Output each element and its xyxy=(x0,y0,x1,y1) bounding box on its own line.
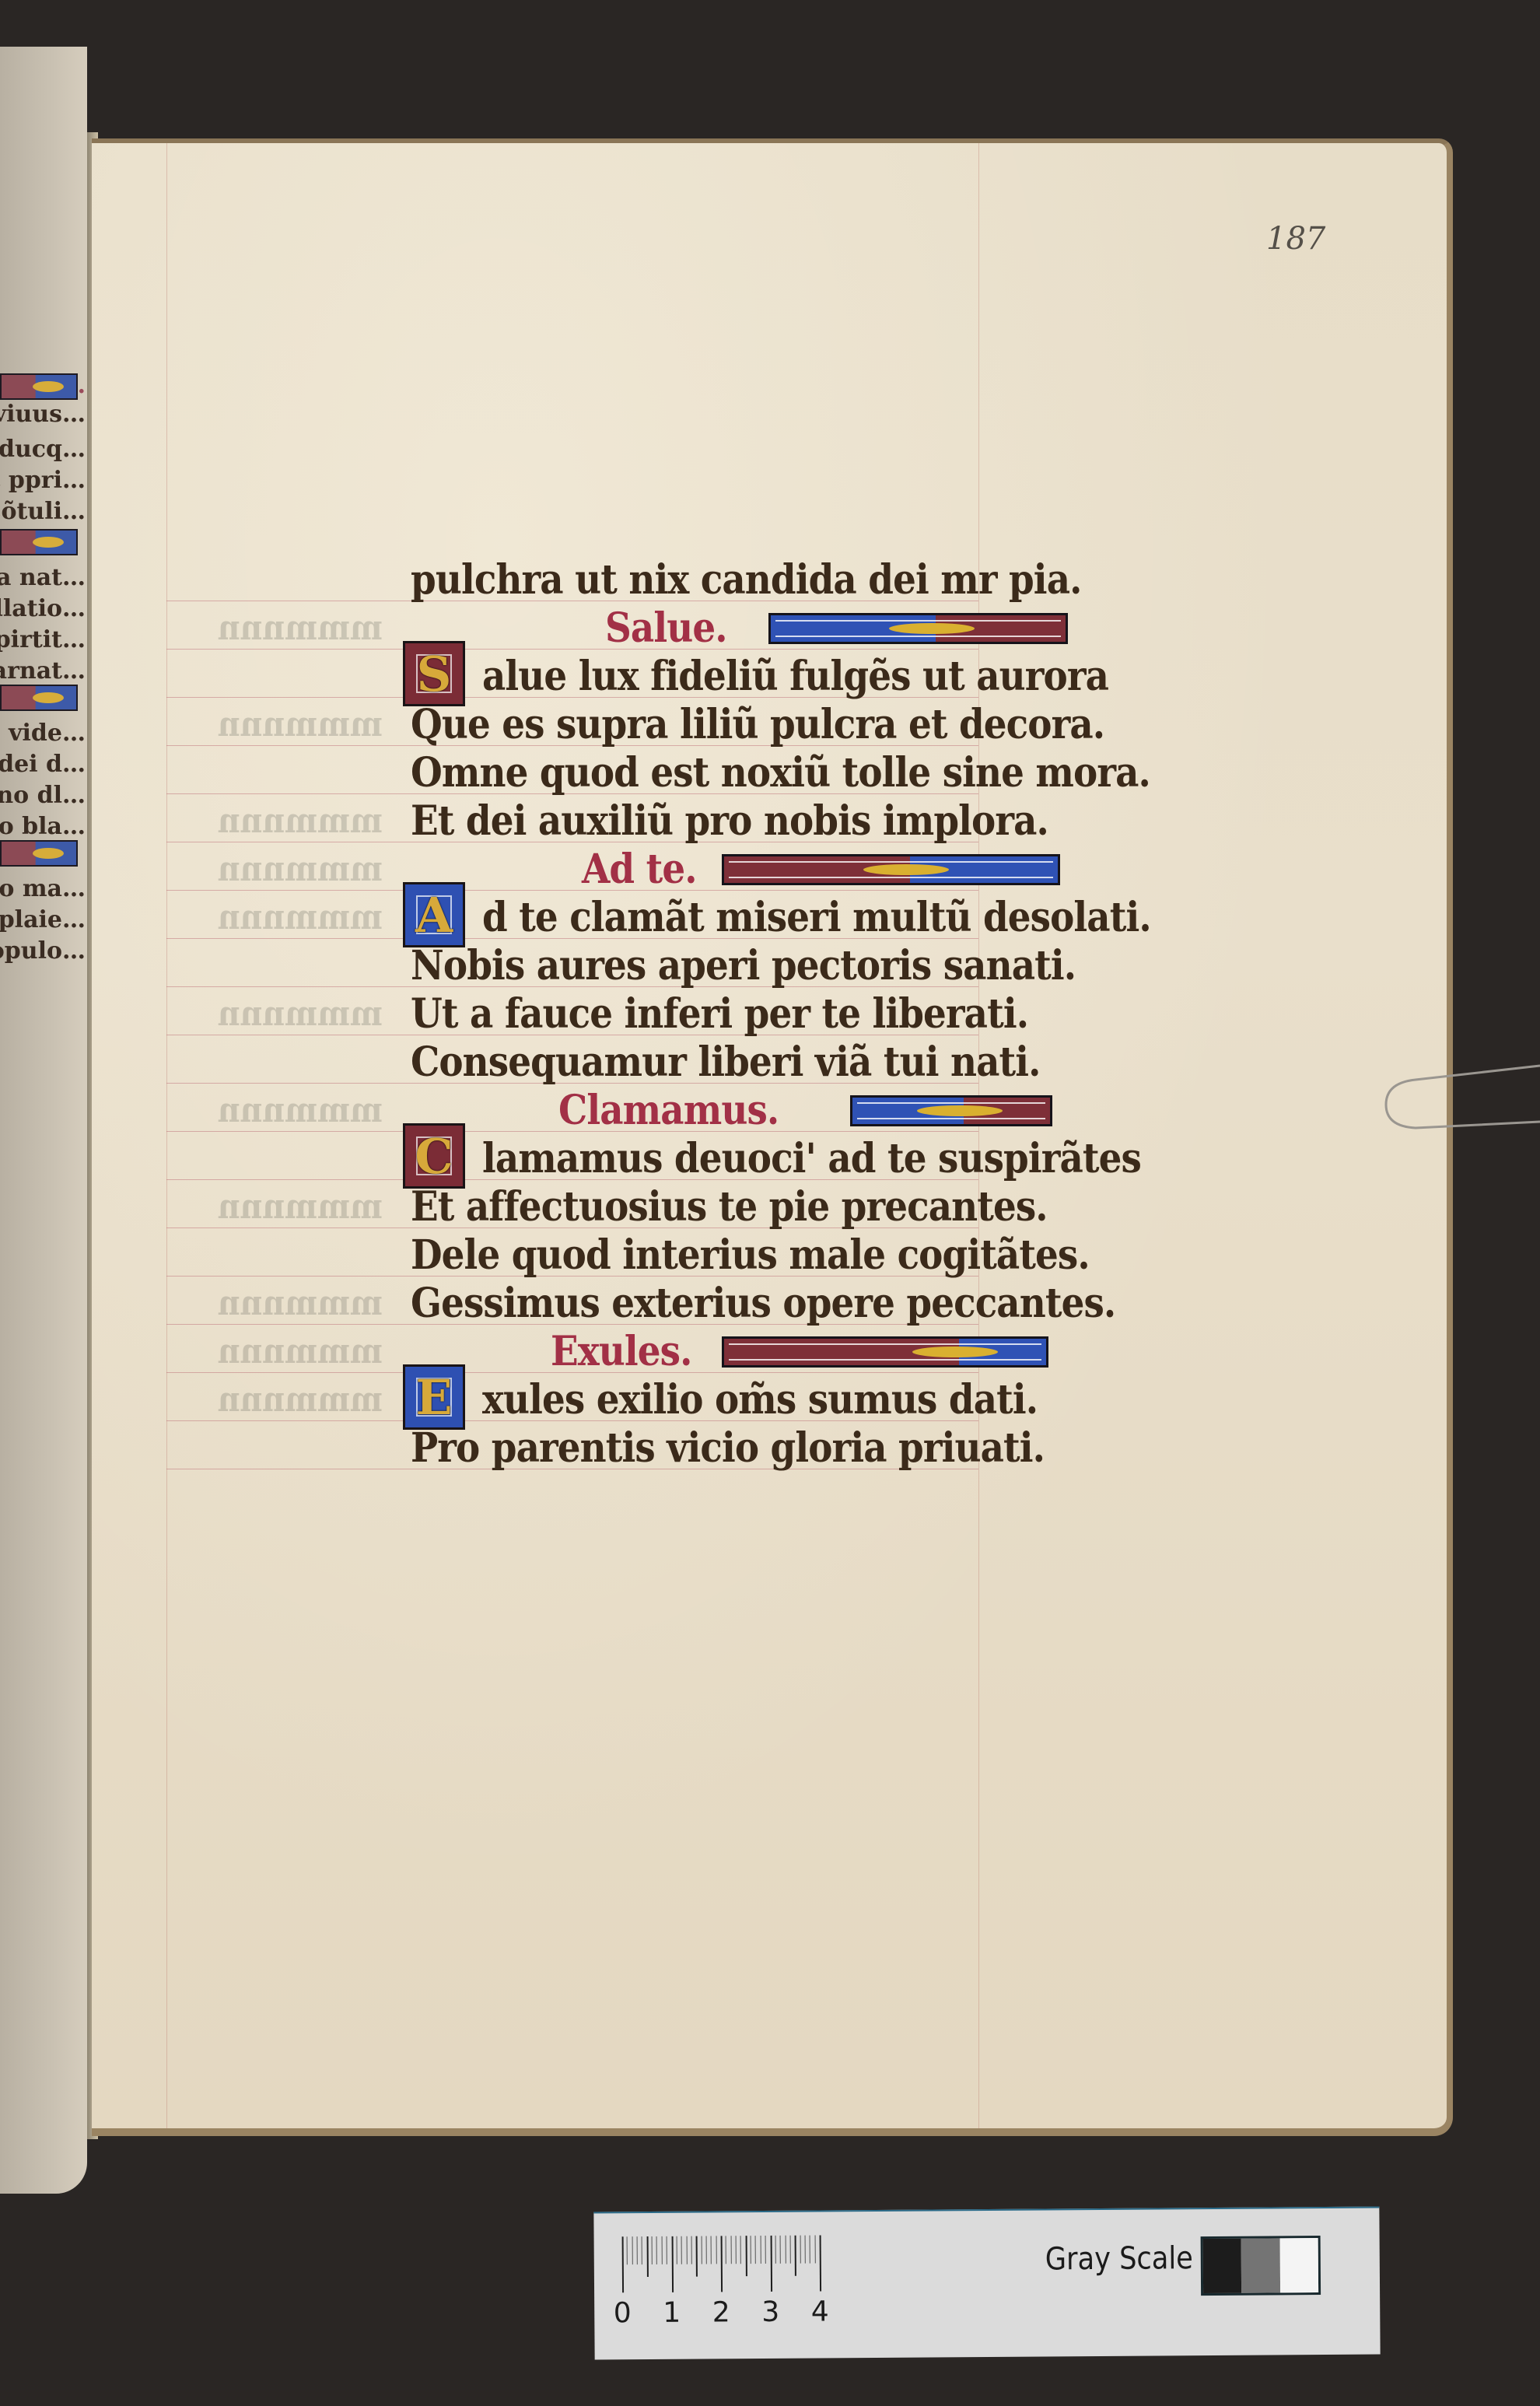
gray-swatch xyxy=(1241,2238,1280,2292)
ruler-tick xyxy=(814,2236,815,2264)
ruler-tick xyxy=(691,2236,691,2264)
text-line: Consequamur liberi viã tui nati. xyxy=(411,1038,1041,1087)
verso-text-line: …diat populo xyxy=(0,937,86,967)
verso-text-line: …uando cõtuli xyxy=(0,498,86,527)
show-through-text: mmmnnn xyxy=(218,994,383,1034)
decorative-line-filler xyxy=(722,854,1060,885)
gray-swatch xyxy=(1203,2239,1242,2293)
ruler-tick xyxy=(652,2236,653,2264)
verso-page-edge: …dir…dre dia viuus…quando ducq…qui post … xyxy=(0,47,87,2194)
show-through-text: mmmnnn xyxy=(218,1380,383,1420)
text-line: Ut a fauce inferi per te liberati. xyxy=(411,989,1028,1039)
verso-text-line: …ur in plaie xyxy=(0,906,86,936)
show-through-text: mmmnnn xyxy=(218,849,383,889)
ruler-tick xyxy=(736,2236,737,2264)
scale-card: 01234 Gray Scale xyxy=(593,2206,1380,2359)
ruler-label: 1 xyxy=(663,2297,681,2329)
ruler-tick xyxy=(765,2236,766,2264)
folio-number: 187 xyxy=(1266,221,1325,257)
text-line: Dele quod interius male cogitãtes. xyxy=(411,1231,1090,1280)
show-through-text: mmmnnn xyxy=(218,1187,383,1227)
illuminated-initial: C xyxy=(403,1123,465,1189)
ruler-tick xyxy=(696,2236,698,2277)
rubric-heading: Salue. xyxy=(605,604,727,653)
show-through-text: mmmnnn xyxy=(218,1284,383,1323)
text-line: Omne quod est noxiũ tolle sine mora. xyxy=(411,748,1150,798)
text-line: Et affectuosius te pie precantes. xyxy=(411,1182,1048,1232)
text-line: pulchra ut nix candida dei mr pia. xyxy=(411,555,1082,605)
ruler-tick xyxy=(701,2236,702,2264)
gray-swatch xyxy=(1279,2238,1318,2292)
text-line: Gessimus exterius opere peccantes. xyxy=(411,1279,1115,1329)
ruler-tick xyxy=(676,2236,677,2264)
verso-line-filler xyxy=(0,529,78,555)
ruler-tick xyxy=(780,2236,781,2264)
verso-text-line: …dre dia viuus xyxy=(0,401,86,430)
show-through-text: mmmnnn xyxy=(218,608,383,648)
rubric-heading: Ad te. xyxy=(582,845,697,895)
ruler-tick xyxy=(751,2236,751,2264)
ruler-label: 4 xyxy=(811,2296,829,2327)
ruler-tick xyxy=(681,2236,682,2264)
show-through-text: mmmnnn xyxy=(218,898,383,937)
ruler-tick xyxy=(661,2236,662,2264)
verso-text-line: …us fruct' vide xyxy=(0,720,86,749)
show-through-text: mmmnnn xyxy=(218,705,383,744)
verso-text-line: …ums lpino dl xyxy=(0,782,86,811)
verso-text-line: …s est de terra nat xyxy=(0,564,86,594)
ruler-tick xyxy=(706,2236,707,2264)
rubric-heading: Exules. xyxy=(551,1327,692,1377)
recto-page: 187 mmmnnnmmmnnnmmmnnnmmmnnnmmmnnnmmmnnn… xyxy=(92,138,1453,2136)
ruler-tick xyxy=(646,2236,648,2277)
verso-line-filler xyxy=(0,373,78,400)
verso-text-line: …quando ducq xyxy=(0,436,86,465)
text-line: d te clamãt miseri multũ desolati. xyxy=(482,893,1151,943)
verso-line-filler xyxy=(0,840,78,867)
ruler-tick xyxy=(755,2236,756,2264)
ruler-tick xyxy=(711,2236,712,2264)
ruler-tick xyxy=(721,2236,723,2292)
verso-text-line: …s esset trino bla xyxy=(0,813,86,842)
verso-text-line: …as esset icarnat xyxy=(0,657,86,687)
ruler-tick xyxy=(667,2236,667,2264)
decorative-line-filler xyxy=(850,1095,1052,1126)
ruler-tick xyxy=(795,2236,796,2276)
text-line: Nobis aures aperi pectoris sanati. xyxy=(411,941,1076,991)
ruler-tick xyxy=(789,2236,790,2264)
ruler-tick xyxy=(632,2236,632,2264)
show-through-text: mmmnnn xyxy=(218,1332,383,1371)
ruler-label: 2 xyxy=(712,2296,730,2328)
ruler-tick xyxy=(671,2236,674,2292)
text-line: Que es supra liliũ pulcra et decora. xyxy=(411,700,1104,750)
ruler-tick xyxy=(770,2236,772,2292)
ruler-tick xyxy=(810,2236,810,2264)
verso-text-line: …s agnus dei d xyxy=(0,751,86,780)
ruler-label: 0 xyxy=(614,2297,632,2329)
ruler-tick xyxy=(726,2236,726,2264)
ruler-label: 3 xyxy=(761,2296,779,2328)
ruler-tick xyxy=(627,2236,628,2264)
ruling-line xyxy=(166,649,978,650)
verso-line-filler xyxy=(0,685,78,711)
illuminated-initial: A xyxy=(403,882,465,947)
ruler-tick xyxy=(800,2236,800,2264)
illuminated-initial: S xyxy=(403,641,465,706)
ruler-tick xyxy=(760,2236,761,2264)
ruler-tick xyxy=(686,2236,687,2264)
decorative-line-filler xyxy=(768,613,1068,644)
verso-text-line: …tas hic opirtit xyxy=(0,626,86,656)
ruler-tick xyxy=(775,2236,775,2264)
ruling-line xyxy=(166,890,978,891)
text-line: alue lux fideliũ fulgẽs ut aurora xyxy=(482,652,1108,702)
rubric-heading: Clamamus. xyxy=(558,1086,779,1136)
ruler-tick xyxy=(637,2236,638,2264)
gray-scale-swatches xyxy=(1201,2236,1321,2296)
verso-text-line: …qui post ppri xyxy=(0,467,86,496)
ruler-tick xyxy=(716,2236,716,2264)
ruler-tick xyxy=(622,2236,625,2292)
ruler-tick xyxy=(805,2236,806,2264)
ruler-tick xyxy=(642,2236,642,2264)
ruler-tick xyxy=(730,2236,731,2264)
illuminated-initial: E xyxy=(403,1364,465,1430)
ruler-tick xyxy=(740,2236,741,2264)
ruling-line xyxy=(166,143,167,2128)
ruler-tick xyxy=(656,2236,657,2264)
ruler-tick xyxy=(745,2236,747,2276)
show-through-text: mmmnnn xyxy=(218,801,383,841)
ruler-tick xyxy=(820,2235,822,2291)
show-through-text: mmmnnn xyxy=(218,1091,383,1130)
text-line: Pro parentis vicio gloria priuati. xyxy=(411,1424,1045,1473)
gray-scale-label: Gray Scale xyxy=(1045,2240,1193,2277)
decorative-line-filler xyxy=(722,1336,1048,1368)
text-line: Et dei auxiliũ pro nobis implora. xyxy=(411,797,1048,846)
page-marker-clip xyxy=(1369,1042,1540,1136)
ruler-tick xyxy=(785,2236,786,2264)
ruler: 01234 xyxy=(622,2235,821,2326)
verso-text-line: …a es vigo ma xyxy=(0,875,86,905)
text-line: xules exilio om̃s sumus dati. xyxy=(482,1375,1038,1425)
text-line: lamamus deuoci' ad te suspirãtes xyxy=(482,1134,1141,1184)
verso-text-line: …as mtat illatio xyxy=(0,595,86,625)
